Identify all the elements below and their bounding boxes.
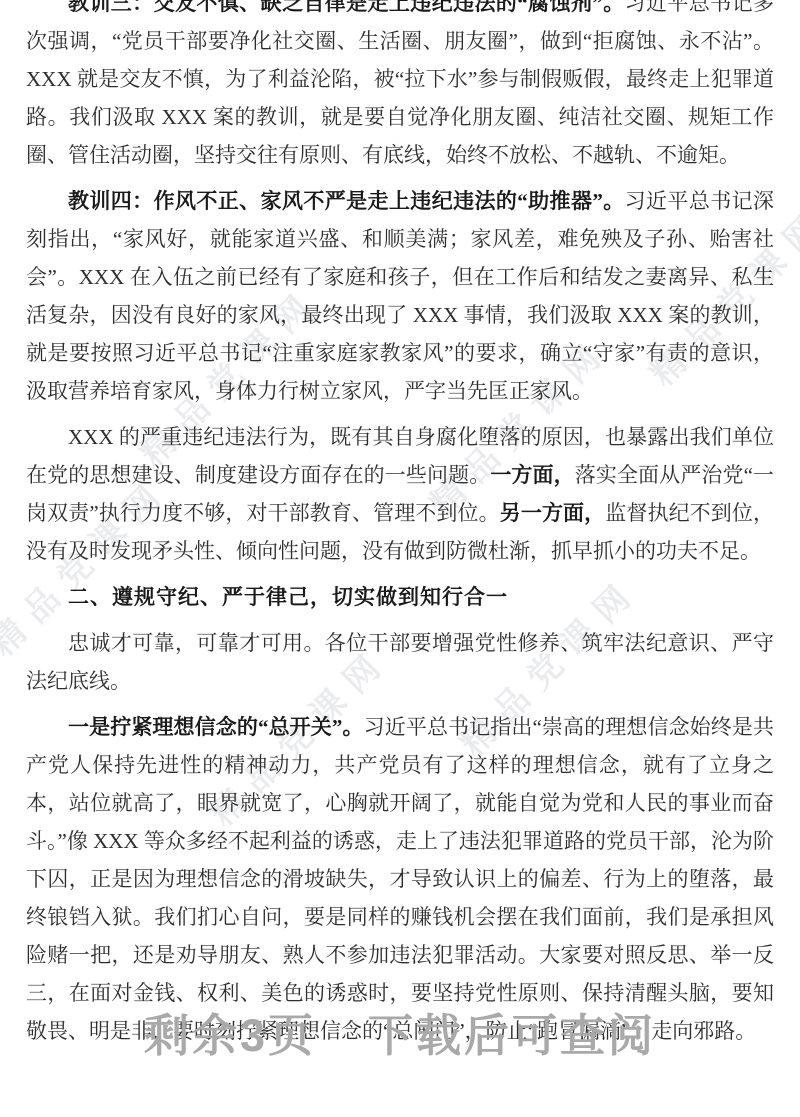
lesson-3-heading: 教训三：交友不慎、缺乏自律是走上违纪违法的“腐蚀剂”。 (68, 0, 625, 15)
lesson-4-body: 习近平总书记深刻指出，“家风好，就能家道兴盛、和顺美满；家风差，难免殃及子孙、贻… (26, 189, 774, 403)
paragraph-lesson-3: 教训三：交友不慎、缺乏自律是走上违纪违法的“腐蚀剂”。习近平总书记多次强调，“党… (26, 0, 774, 174)
remaining-pages-text: 剩余3页 (144, 1010, 316, 1061)
loyalty-body: 忠诚才可靠，可靠才可用。各位干部要增强党性修养、筑牢法纪意识、严守法纪底线。 (26, 631, 774, 693)
ideals-heading: 一是拧紧理想信念的“总开关”。 (68, 715, 364, 739)
download-banner: 剩余3页下载后可查阅 (0, 1011, 800, 1061)
lesson-3-body: 习近平总书记多次强调，“党员干部要净化社交圈、生活圈、朋友圈”，做到“拒腐蚀、永… (26, 0, 774, 167)
document-page: 精品党课网 精品党课网 精品党课网 精品党课网 精品党课网 精品党课网 教训三：… (0, 0, 800, 1117)
paragraph-problems: XXX 的严重违纪违法行为，既有其自身腐化堕落的原因，也暴露出我们单位在党的思想… (26, 418, 774, 570)
download-hint-text: 下载后可查阅 (368, 1010, 656, 1061)
paragraph-ideals: 一是拧紧理想信念的“总开关”。习近平总书记指出“崇高的理想信念始终是共产党人保持… (26, 708, 774, 1050)
paragraph-loyalty: 忠诚才可靠，可靠才可用。各位干部要增强党性修养、筑牢法纪意识、严守法纪底线。 (26, 624, 774, 700)
document-content: 教训三：交友不慎、缺乏自律是走上违纪违法的“腐蚀剂”。习近平总书记多次强调，“党… (26, 0, 774, 1050)
lesson-4-heading: 教训四：作风不正、家风不严是走上违纪违法的“助推器”。 (68, 189, 625, 213)
paragraph-lesson-4: 教训四：作风不正、家风不严是走上违纪违法的“助推器”。习近平总书记深刻指出，“家… (26, 182, 774, 410)
section-2-heading: 二、遵规守纪、严于律己，切实做到知行合一 (26, 578, 774, 616)
problems-aspect-1-label: 一方面， (490, 463, 574, 487)
ideals-body: 习近平总书记指出“崇高的理想信念始终是共产党人保持先进性的精神动力，共产党员有了… (26, 715, 774, 1043)
problems-aspect-2-label: 另一方面， (500, 501, 606, 525)
